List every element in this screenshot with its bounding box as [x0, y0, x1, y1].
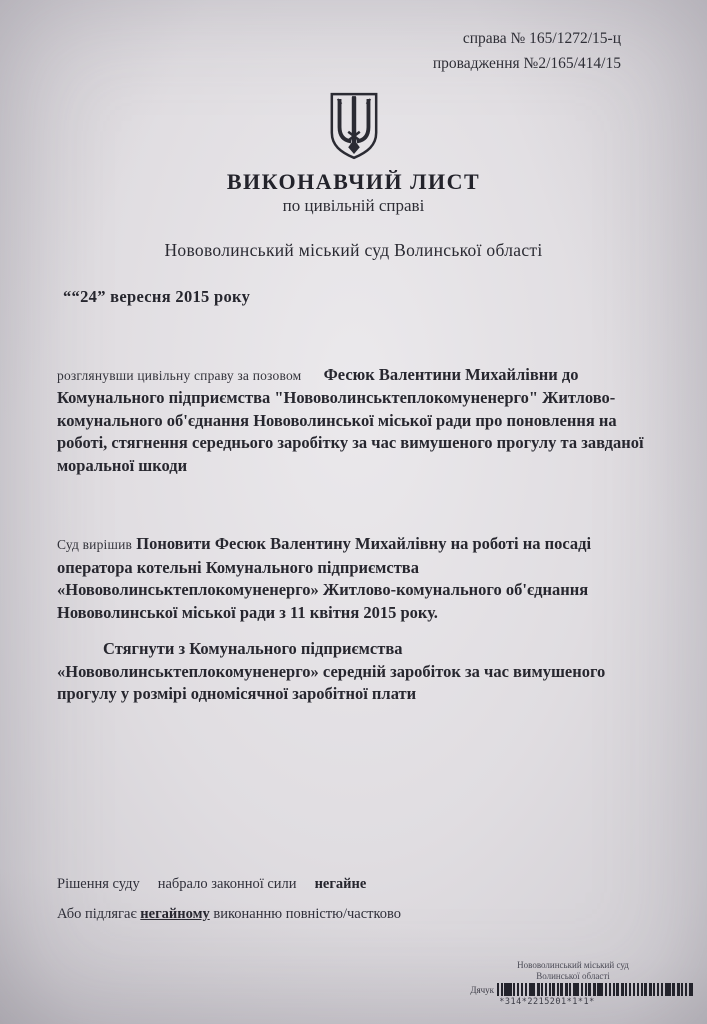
ruling-paragraph-1: Суд вирішив Поновити Фесюк Валентину Мих… [57, 533, 659, 624]
claim-paragraph: розглянувши цивільну справу за позовом Ф… [57, 364, 659, 478]
ruling-lead-text: Суд вирішив [57, 537, 132, 552]
legal-force-mid: набрало законної сили [158, 876, 297, 892]
stamp-court-line1: Нововолинський міський суд [453, 960, 693, 971]
emblem-container [0, 91, 707, 166]
ruling-paragraph-2: Стягнути з Комунального підприємства «Но… [57, 638, 659, 706]
recovery-bold-text: Стягнути з Комунального підприємства «Но… [57, 639, 605, 703]
execution-line: Або підлягає негайному виконанню повніст… [57, 906, 401, 923]
execution-bold: негайному [140, 906, 209, 922]
stamp-court-line2: Волинської області [453, 971, 693, 982]
barcode [497, 983, 693, 996]
barcode-number: *314*2215201*1*1* [453, 997, 641, 1007]
document-title: ВИКОНАВЧИЙ ЛИСТ [0, 169, 707, 195]
execution-post: виконанню повністю/частково [213, 906, 401, 922]
footer-notes: Рішення судунабрало законної силинегайне… [57, 876, 401, 923]
court-stamp: Нововолинський міський суд Волинської об… [453, 960, 693, 1007]
document-subtitle: по цивільній справі [0, 196, 707, 216]
ruling-bold-text: Поновити Фесюк Валентину Михайлівну на р… [57, 534, 591, 622]
execution-pre: Або підлягає [57, 906, 137, 922]
case-number-line: справа № 165/1272/15-ц [0, 27, 621, 52]
ukraine-trident-icon [327, 148, 381, 165]
case-numbers: справа № 165/1272/15-ц провадження №2/16… [0, 0, 707, 77]
scanned-court-document: справа № 165/1272/15-ц провадження №2/16… [0, 0, 707, 1024]
stamp-signer-name: Дячук [470, 985, 494, 995]
legal-force-value: негайне [315, 876, 367, 892]
claim-lead-text: розглянувши цивільну справу за позовом [57, 368, 301, 383]
court-name: Нововолинський міський суд Волинської об… [0, 240, 707, 261]
proceeding-number-line: провадження №2/165/414/15 [0, 52, 621, 77]
document-date: ““24” вересня 2015 року [63, 287, 707, 307]
legal-force-label: Рішення суду [57, 876, 140, 892]
stamp-barcode-row: Дячук [453, 983, 693, 996]
legal-force-line: Рішення судунабрало законної силинегайне [57, 876, 401, 893]
